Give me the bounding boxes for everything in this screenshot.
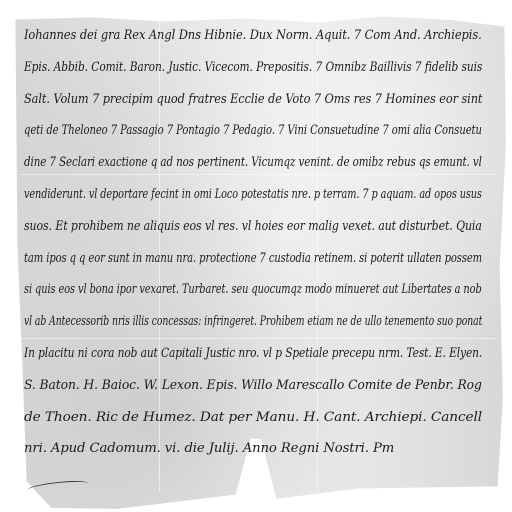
- text-line-content: vl ab Antecessorib nris illis concessas:…: [24, 306, 482, 338]
- text-line: Salt. Volum 7 precipim quod fratres Eccl…: [22, 84, 492, 116]
- text-line-content: Epis. Abbib. Comit. Baron. Justic. Vicec…: [24, 52, 482, 84]
- text-line: Epis. Abbib. Comit. Baron. Justic. Vicec…: [22, 52, 492, 84]
- text-line-content: tam ipos q q eor sunt in manu nra. prote…: [24, 243, 482, 275]
- text-line: vendiderunt. vl deportare fecint in omi …: [22, 179, 492, 211]
- charter-text: Iohannes dei gra Rex Angl Dns Hibnie. Du…: [22, 20, 492, 465]
- text-line: S. Baton. H. Baioc. W. Lexon. Epis. Will…: [22, 370, 492, 402]
- text-line: nri. Apud Cadomum. vi. die Julij. Anno R…: [22, 433, 492, 465]
- text-line-content: In placitu ni cora nob aut Capitali Just…: [24, 338, 482, 370]
- text-line-content: de Thoen. Ric de Humez. Dat per Manu. H.…: [24, 402, 482, 434]
- text-line-content: qeti de Theloneo 7 Passagio 7 Pontagio 7…: [24, 115, 482, 147]
- text-line: qeti de Theloneo 7 Passagio 7 Pontagio 7…: [22, 115, 492, 147]
- text-line-content: S. Baton. H. Baioc. W. Lexon. Epis. Will…: [24, 370, 482, 402]
- text-line: In placitu ni cora nob aut Capitali Just…: [22, 338, 492, 370]
- text-line: si quis eos vl bona ipor vexaret. Turbar…: [22, 274, 492, 306]
- text-line: tam ipos q q eor sunt in manu nra. prote…: [22, 243, 492, 275]
- text-line-content: dine 7 Seclari exactione q ad nos pertin…: [24, 147, 482, 179]
- text-line-content: vendiderunt. vl deportare fecint in omi …: [24, 179, 482, 211]
- text-line: dine 7 Seclari exactione q ad nos pertin…: [22, 147, 492, 179]
- text-line: Iohannes dei gra Rex Angl Dns Hibnie. Du…: [22, 20, 492, 52]
- charter-image: Iohannes dei gra Rex Angl Dns Hibnie. Du…: [0, 0, 512, 512]
- text-line-content: nri. Apud Cadomum. vi. die Julij. Anno R…: [24, 433, 394, 465]
- text-line: suos. Et prohibem ne aliquis eos vl res.…: [22, 211, 492, 243]
- text-line: de Thoen. Ric de Humez. Dat per Manu. H.…: [22, 402, 492, 434]
- text-line-content: suos. Et prohibem ne aliquis eos vl res.…: [24, 211, 482, 243]
- text-line-content: si quis eos vl bona ipor vexaret. Turbar…: [24, 274, 482, 306]
- text-line-content: Iohannes dei gra Rex Angl Dns Hibnie. Du…: [24, 20, 482, 52]
- text-line: vl ab Antecessorib nris illis concessas:…: [22, 306, 492, 338]
- text-line-content: Salt. Volum 7 precipim quod fratres Eccl…: [24, 84, 482, 116]
